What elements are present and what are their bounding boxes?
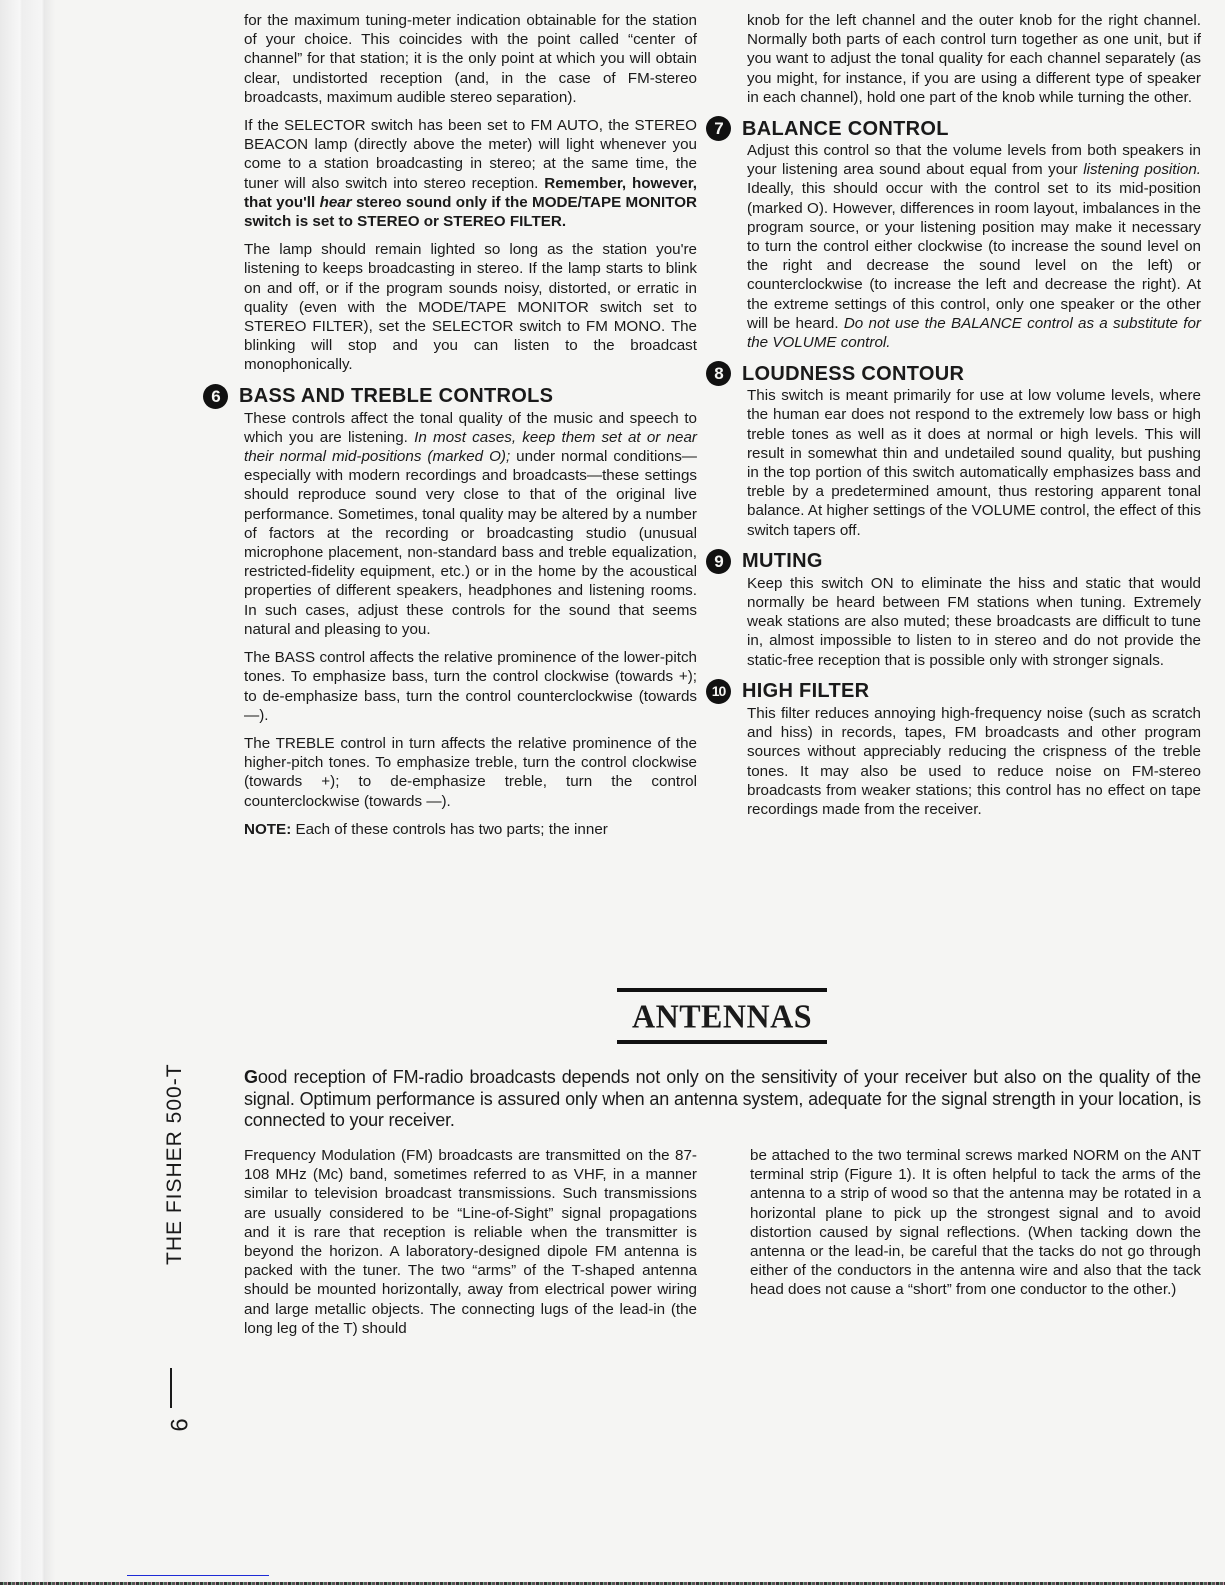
number-6-badge-icon: 6 [203, 384, 228, 409]
paragraph: for the maximum tuning-meter indication … [244, 11, 697, 107]
right-column: knob for the left channel and the outer … [747, 11, 1201, 828]
paragraph: These controls affect the tonal quality … [244, 409, 697, 639]
paragraph: Keep this switch ON to eliminate the his… [747, 574, 1201, 670]
antennas-left-column: Frequency Modulation (FM) broadcasts are… [244, 1146, 697, 1338]
number-10-badge-icon: 10 [706, 679, 731, 704]
paragraph: The TREBLE control in turn affects the r… [244, 734, 697, 811]
section-title: HIGH FILTER [742, 679, 869, 703]
paragraph: Adjust this control so that the volume l… [747, 141, 1201, 352]
page-binding-edge [0, 0, 55, 1585]
note-label: NOTE: [244, 821, 291, 838]
intro-text: ood reception of FM-radio broadcasts dep… [244, 1067, 1201, 1130]
page-number: 6 [166, 1418, 196, 1431]
section-title: BASS AND TREBLE CONTROLS [239, 384, 553, 408]
paragraph: knob for the left channel and the outer … [747, 11, 1201, 107]
section-heading: 8 LOUDNESS CONTOUR [706, 361, 1201, 386]
paragraph: This filter reduces annoying high-freque… [747, 704, 1201, 819]
scan-artifact-line [127, 1575, 269, 1576]
section-muting: 9 MUTING Keep this switch ON to eliminat… [747, 549, 1201, 670]
paragraph: The lamp should remain lighted so long a… [244, 240, 697, 374]
section-bass-treble: 6 BASS AND TREBLE CONTROLS These control… [244, 384, 697, 839]
intro-initial-letter: G [244, 1067, 258, 1087]
section-heading: 6 BASS AND TREBLE CONTROLS [203, 384, 697, 409]
antennas-right-column: be attached to the two terminal screws m… [750, 1146, 1201, 1300]
heading-rule-bottom [617, 1040, 827, 1044]
paragraph: This switch is meant primarily for use a… [747, 386, 1201, 540]
emphasis-bold-italic: hear [320, 194, 352, 211]
section-heading: 10 HIGH FILTER [706, 679, 1201, 704]
heading-rule-top [617, 988, 827, 992]
section-title: BALANCE CONTROL [742, 117, 949, 141]
paragraph: NOTE: Each of these controls has two par… [244, 820, 697, 839]
antennas-title: ANTENNAS [617, 993, 827, 1039]
antennas-heading-block: ANTENNAS [617, 988, 827, 1044]
number-7-badge-icon: 7 [706, 116, 731, 141]
section-high-filter: 10 HIGH FILTER This filter reduces annoy… [747, 679, 1201, 819]
paragraph-text: under normal conditions—especially with … [244, 448, 697, 638]
paragraph: The BASS control affects the relative pr… [244, 648, 697, 725]
left-column: for the maximum tuning-meter indication … [244, 11, 697, 848]
antennas-intro: Good reception of FM-radio broadcasts de… [244, 1067, 1201, 1132]
emphasis-italic: listening position. [1083, 161, 1201, 178]
paragraph: Frequency Modulation (FM) broadcasts are… [244, 1146, 697, 1338]
section-balance-control: 7 BALANCE CONTROL Adjust this control so… [747, 116, 1201, 352]
section-title: LOUDNESS CONTOUR [742, 362, 964, 386]
number-9-badge-icon: 9 [706, 549, 731, 574]
side-divider [170, 1368, 172, 1408]
section-heading: 9 MUTING [706, 549, 1201, 574]
section-heading: 7 BALANCE CONTROL [706, 116, 1201, 141]
note-text: Each of these controls has two parts; th… [291, 821, 608, 838]
side-running-title: THE FISHER 500-T [163, 1063, 187, 1265]
paragraph: be attached to the two terminal screws m… [750, 1146, 1201, 1300]
number-8-badge-icon: 8 [706, 361, 731, 386]
paragraph-text: Ideally, this should occur with the cont… [747, 180, 1201, 331]
paragraph: If the SELECTOR switch has been set to F… [244, 116, 697, 231]
section-title: MUTING [742, 549, 823, 573]
section-loudness-contour: 8 LOUDNESS CONTOUR This switch is meant … [747, 361, 1201, 540]
